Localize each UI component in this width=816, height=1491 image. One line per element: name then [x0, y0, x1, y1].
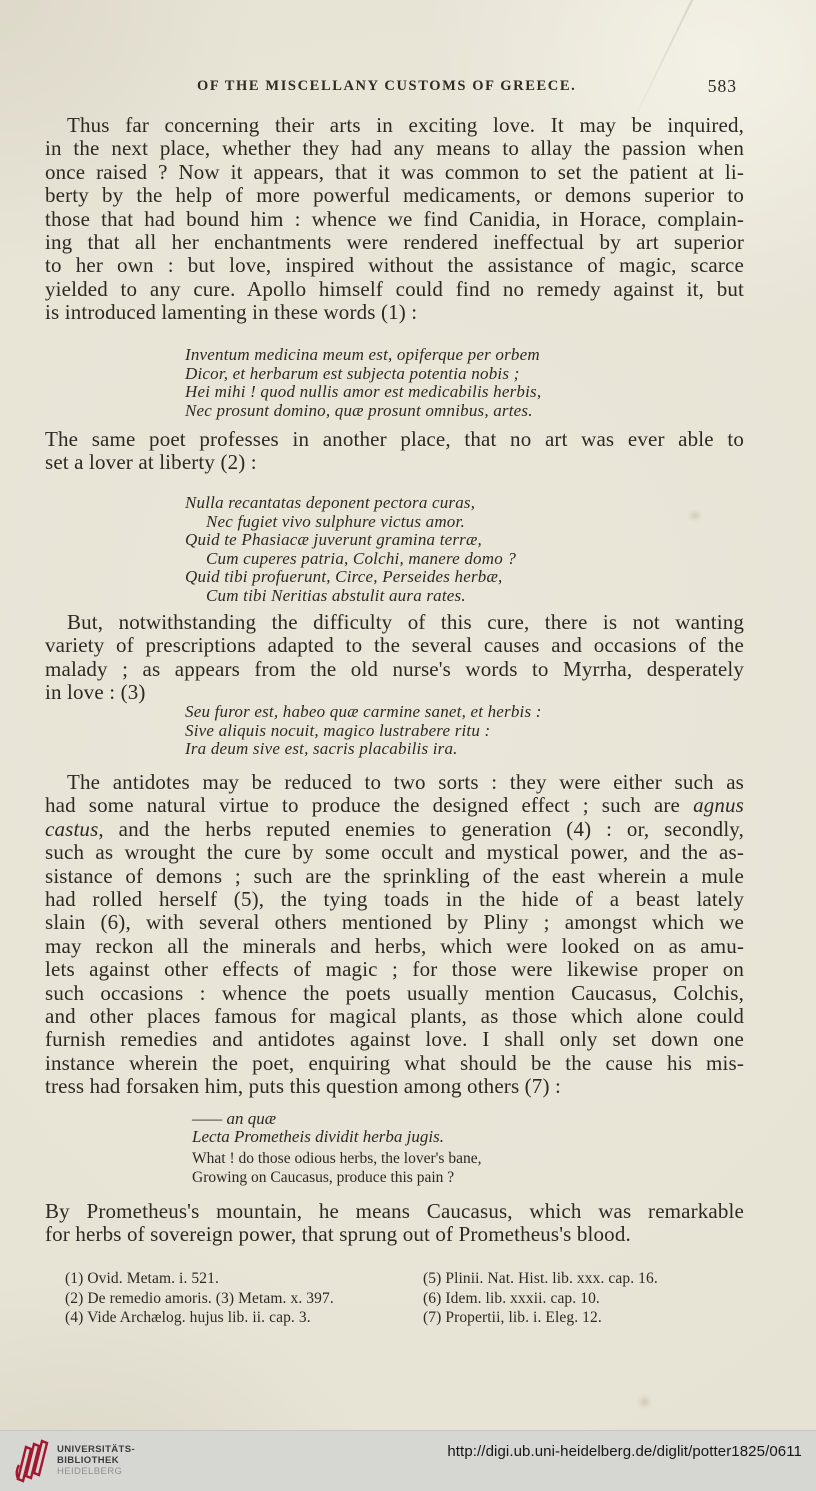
text-line: set a lover at liberty (2) :: [45, 451, 744, 474]
text-line: instance wherein the poet, enquiring wha…: [45, 1052, 744, 1075]
footnote: (5) Plinii. Nat. Hist. lib. xxx. cap. 16…: [423, 1269, 658, 1289]
running-header: OF THE MISCELLANY CUSTOMS OF GREECE. 583: [45, 78, 745, 100]
text-line: had rolled herself (5), the tying toads …: [45, 888, 744, 911]
text-line: slain (6), with several others mentioned…: [45, 911, 744, 934]
text-line: berty by the help of more powerful medic…: [45, 184, 744, 207]
text-line: furnish remedies and antidotes against l…: [45, 1028, 744, 1051]
verse-line: Quid tibi profuerunt, Circe, Perseides h…: [185, 568, 516, 587]
text-segment: , and the herbs reputed enemies to gener…: [98, 817, 744, 841]
verse-quote-with-translation: —— an quæ Lecta Prometheis dividit herba…: [192, 1110, 481, 1188]
verse-line: Inventum medicina meum est, opiferque pe…: [185, 346, 541, 365]
text-line: tress had forsaken him, puts this questi…: [45, 1075, 744, 1098]
footer-bar: UNIVERSITÄTS- BIBLIOTHEK HEIDELBERG http…: [0, 1430, 816, 1491]
text-line: yielded to any cure. Apollo himself coul…: [45, 278, 744, 301]
text-line: those that had bound him : whence we fin…: [45, 208, 744, 231]
text-line: ing that all her enchantments were rende…: [45, 231, 744, 254]
footnote: (7) Propertii, lib. i. Eleg. 12.: [423, 1308, 658, 1328]
text-line: such occasions : whence the poets usuall…: [45, 982, 744, 1005]
text-line: had some natural virtue to produce the d…: [45, 794, 744, 817]
text-line: for herbs of sovereign power, that sprun…: [45, 1223, 744, 1246]
text-line: and other places famous for magical plan…: [45, 1005, 744, 1028]
text-line: castus, and the herbs reputed enemies to…: [45, 818, 744, 841]
verse-line: Quid te Phasiacæ juverunt gramina terræ,: [185, 531, 516, 550]
verse-line: Lecta Prometheis dividit herba jugis.: [192, 1128, 481, 1146]
verse-line: Nulla recantatas deponent pectora curas,: [185, 494, 516, 513]
paragraph: The same poet professes in another place…: [45, 428, 744, 475]
verse-line: Hei mihi ! quod nullis amor est medicabi…: [185, 383, 541, 402]
footnote: (1) Ovid. Metam. i. 521.: [65, 1269, 334, 1289]
verse-line: Ira deum sive est, sacris placabilis ira…: [185, 740, 542, 759]
library-name-line: BIBLIOTHEK: [57, 1455, 135, 1466]
text-line: in the next place, whether they had any …: [45, 137, 744, 160]
paragraph: The antidotes may be reduced to two sort…: [45, 771, 744, 1099]
footnote-right-column: (5) Plinii. Nat. Hist. lib. xxx. cap. 16…: [423, 1269, 658, 1328]
paper-stain: [690, 512, 700, 519]
page-number: 583: [708, 76, 737, 97]
text-line: such as wrought the cure by some occult …: [45, 841, 744, 864]
latin-verse-quote: Seu furor est, habeo quæ carmine sanet, …: [185, 703, 542, 759]
text-line: By Prometheus's mountain, he means Cauca…: [45, 1200, 744, 1223]
text-line: malady ; as appears from the old nurse's…: [45, 658, 744, 681]
text-line: variety of prescriptions adapted to the …: [45, 634, 744, 657]
italic-term: agnus: [693, 793, 744, 817]
text-line: sistance of demons ; such are the sprink…: [45, 865, 744, 888]
verse-line: What ! do those odious herbs, the lover'…: [192, 1150, 481, 1169]
library-name-line: HEIDELBERG: [57, 1466, 135, 1477]
verse-line: Growing on Caucasus, produce this pain ?: [192, 1169, 481, 1188]
footnote-left-column: (1) Ovid. Metam. i. 521. (2) De remedio …: [65, 1269, 334, 1328]
footnote: (6) Idem. lib. xxxii. cap. 10.: [423, 1289, 658, 1309]
text-line: is introduced lamenting in these words (…: [45, 301, 744, 324]
verse-line: Seu furor est, habeo quæ carmine sanet, …: [185, 703, 542, 722]
verse-line: Sive aliquis nocuit, magico lustrabere r…: [185, 722, 542, 741]
text-line: The antidotes may be reduced to two sort…: [45, 771, 744, 794]
latin-verse-quote: Inventum medicina meum est, opiferque pe…: [185, 346, 541, 420]
chapter-title: OF THE MISCELLANY CUSTOMS OF GREECE.: [197, 78, 576, 95]
verse-line: Nec fugiet vivo sulphure victus amor.: [185, 513, 516, 532]
verse-line: Cum cuperes patria, Colchi, manere domo …: [185, 550, 516, 569]
latin-verse: —— an quæ Lecta Prometheis dividit herba…: [192, 1110, 481, 1145]
paper-crease: [628, 0, 696, 129]
verse-line: Nec prosunt domino, quæ prosunt omnibus,…: [185, 402, 541, 421]
latin-verse-quote: Nulla recantatas deponent pectora curas,…: [185, 494, 516, 606]
heidelberg-library-logo-icon: [13, 1438, 51, 1484]
text-line: to her own : but love, inspired without …: [45, 254, 744, 277]
library-name-line: UNIVERSITÄTS-: [57, 1444, 135, 1455]
italic-term: castus: [45, 817, 98, 841]
text-segment: had some natural virtue to produce the d…: [45, 793, 693, 817]
footnote: (4) Vide Archælog. hujus lib. ii. cap. 3…: [65, 1308, 334, 1328]
paragraph: By Prometheus's mountain, he means Cauca…: [45, 1200, 744, 1247]
text-line: lets against other effects of magic ; fo…: [45, 958, 744, 981]
paragraph: But, notwithstanding the difficulty of t…: [45, 611, 744, 705]
english-translation: What ! do those odious herbs, the lover'…: [192, 1150, 481, 1188]
verse-line: Dicor, et herbarum est subjecta potentia…: [185, 365, 541, 384]
library-name: UNIVERSITÄTS- BIBLIOTHEK HEIDELBERG: [57, 1444, 135, 1477]
verse-line: —— an quæ: [192, 1110, 481, 1128]
verse-line: Cum tibi Neritias abstulit aura rates.: [185, 587, 516, 606]
text-line: The same poet professes in another place…: [45, 428, 744, 451]
text-line: Thus far concerning their arts in exciti…: [45, 114, 744, 137]
book-page-scan: OF THE MISCELLANY CUSTOMS OF GREECE. 583…: [0, 0, 816, 1491]
text-line: But, notwithstanding the difficulty of t…: [45, 611, 744, 634]
paper-stain: [640, 1398, 649, 1406]
text-line: once raised ? Now it appears, that it wa…: [45, 161, 744, 184]
scan-source-url: http://digi.ub.uni-heidelberg.de/diglit/…: [447, 1443, 802, 1460]
text-line: may reckon all the minerals and herbs, w…: [45, 935, 744, 958]
footnote: (2) De remedio amoris. (3) Metam. x. 397…: [65, 1289, 334, 1309]
paragraph: Thus far concerning their arts in exciti…: [45, 114, 744, 325]
